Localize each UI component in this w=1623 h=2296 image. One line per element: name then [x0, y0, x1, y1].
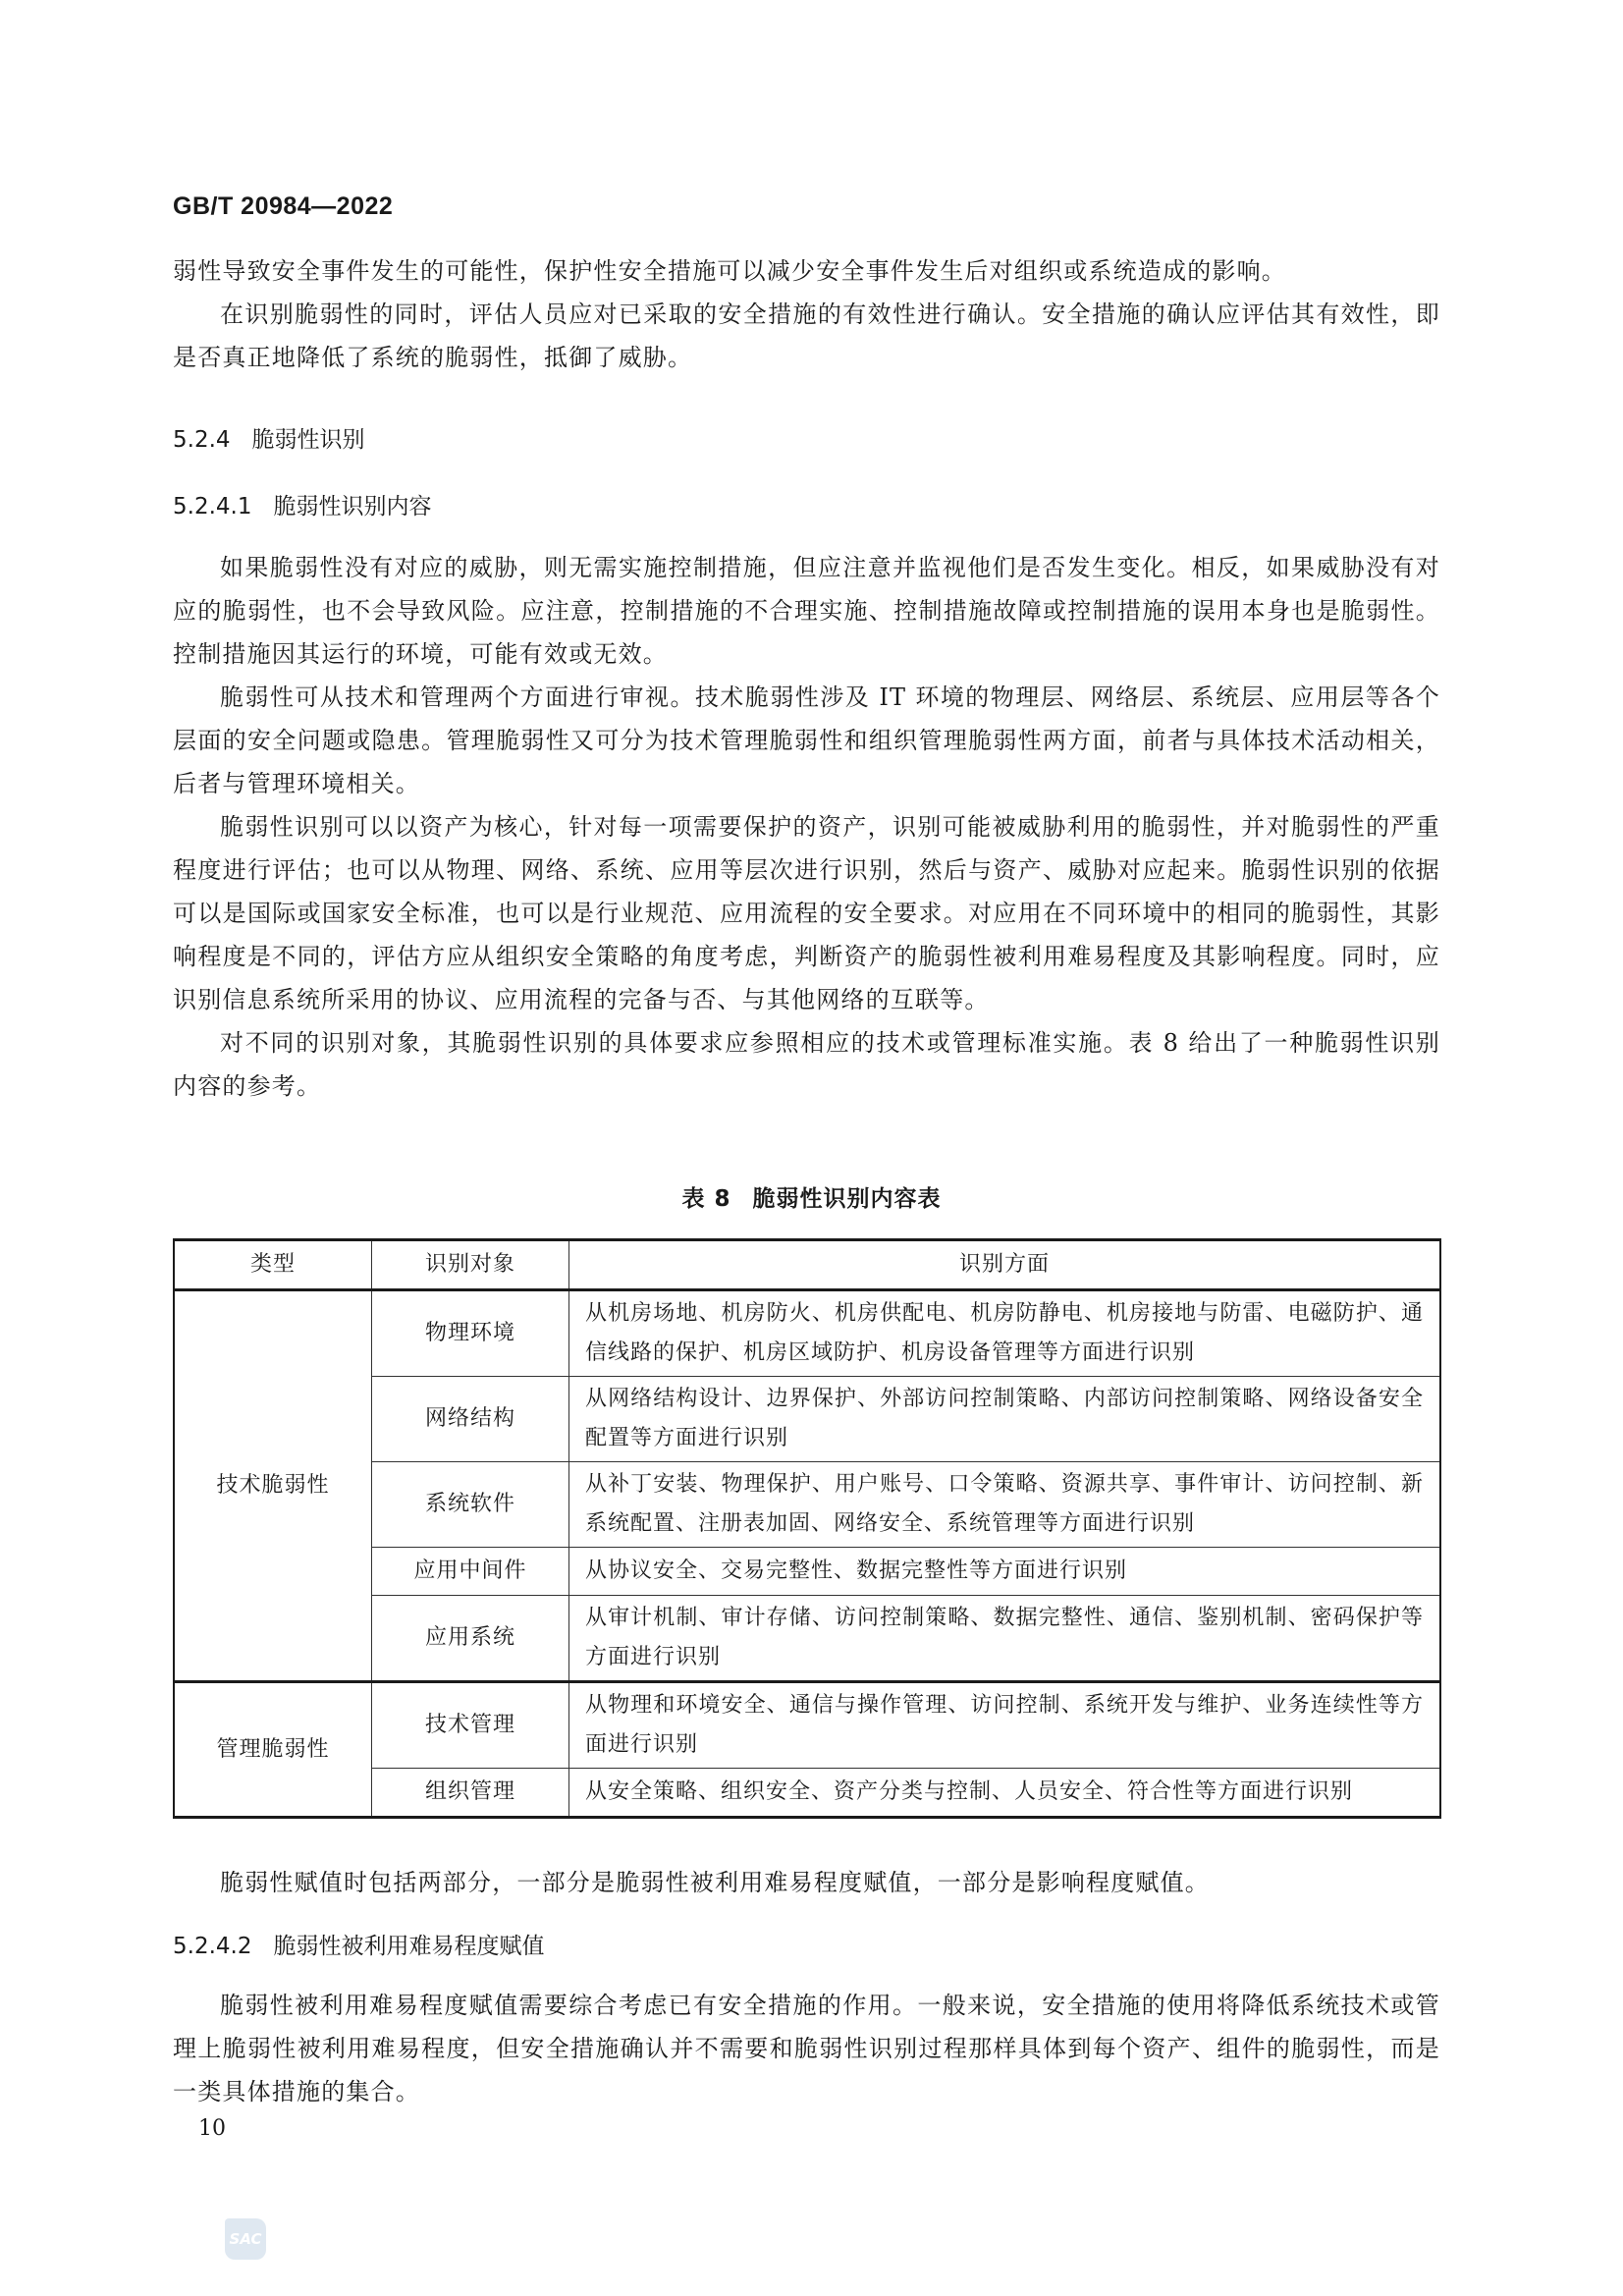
- aspect-cell: 从审计机制、审计存储、访问控制策略、数据完整性、通信、鉴别机制、密码保护等方面进…: [569, 1596, 1441, 1682]
- object-cell: 物理环境: [372, 1290, 569, 1377]
- object-cell: 技术管理: [372, 1682, 569, 1769]
- section-heading-5-2-4-2: 5.2.4.2脆弱性被利用难易程度赋值: [173, 1928, 544, 1960]
- vulnerability-identification-table: 类型 识别对象 识别方面 技术脆弱性 物理环境 从机房场地、机房防火、机房供配电…: [173, 1238, 1441, 1819]
- header-object: 识别对象: [372, 1240, 569, 1290]
- section-5-2-4-2-body: 脆弱性被利用难易程度赋值需要综合考虑已有安全措施的作用。一般来说，安全措施的使用…: [173, 1984, 1440, 2113]
- intro-paragraph-2: 在识别脆弱性的同时，评估人员应对已采取的安全措施的有效性进行确认。安全措施的确认…: [173, 293, 1440, 379]
- aspect-cell: 从机房场地、机房防火、机房供配电、机房防静电、机房接地与防雷、电磁防护、通信线路…: [569, 1290, 1441, 1377]
- after-table-block: 脆弱性赋值时包括两部分，一部分是脆弱性被利用难易程度赋值，一部分是影响程度赋值。: [173, 1861, 1440, 1904]
- intro-paragraph-1: 弱性导致安全事件发生的可能性，保护性安全措施可以减少安全事件发生后对组织或系统造…: [173, 249, 1440, 293]
- section-title: 脆弱性识别: [252, 427, 365, 453]
- section-heading-5-2-4-1: 5.2.4.1脆弱性识别内容: [173, 488, 431, 520]
- aspect-cell: 从补丁安装、物理保护、用户账号、口令策略、资源共享、事件审计、访问控制、新系统配…: [569, 1462, 1441, 1548]
- section-number: 5.2.4.1: [173, 494, 251, 519]
- section-number: 5.2.4.2: [173, 1934, 251, 1959]
- object-cell: 组织管理: [372, 1769, 569, 1818]
- aspect-cell: 从物理和环境安全、通信与操作管理、访问控制、系统开发与维护、业务连续性等方面进行…: [569, 1682, 1441, 1769]
- section-heading-5-2-4: 5.2.4脆弱性识别: [173, 421, 365, 454]
- table-title: 脆弱性识别内容表: [753, 1186, 942, 1212]
- paragraph: 脆弱性被利用难易程度赋值需要综合考虑已有安全措施的作用。一般来说，安全措施的使用…: [173, 1984, 1440, 2113]
- object-cell: 应用系统: [372, 1596, 569, 1682]
- sac-logo-icon: SAC: [225, 2218, 266, 2260]
- paragraph: 脆弱性识别可以以资产为核心，针对每一项需要保护的资产，识别可能被威胁利用的脆弱性…: [173, 805, 1440, 1021]
- paragraph: 对不同的识别对象，其脆弱性识别的具体要求应参照相应的技术或管理标准实施。表 8 …: [173, 1021, 1440, 1108]
- object-cell: 系统软件: [372, 1462, 569, 1548]
- paragraph: 脆弱性可从技术和管理两个方面进行审视。技术脆弱性涉及 IT 环境的物理层、网络层…: [173, 676, 1440, 805]
- table-number: 表 8: [681, 1186, 730, 1212]
- document-page: GB/T 20984—2022 弱性导致安全事件发生的可能性，保护性安全措施可以…: [0, 0, 1623, 2296]
- table-header-row: 类型 识别对象 识别方面: [174, 1240, 1440, 1290]
- aspect-cell: 从安全策略、组织安全、资产分类与控制、人员安全、符合性等方面进行识别: [569, 1769, 1441, 1818]
- page-number: 10: [198, 2116, 226, 2141]
- aspect-cell: 从协议安全、交易完整性、数据完整性等方面进行识别: [569, 1548, 1441, 1596]
- paragraph: 脆弱性赋值时包括两部分，一部分是脆弱性被利用难易程度赋值，一部分是影响程度赋值。: [173, 1861, 1440, 1904]
- section-5-2-4-1-body: 如果脆弱性没有对应的威胁，则无需实施控制措施，但应注意并监视他们是否发生变化。相…: [173, 546, 1440, 1108]
- object-cell: 应用中间件: [372, 1548, 569, 1596]
- section-number: 5.2.4: [173, 427, 231, 453]
- header-type: 类型: [174, 1240, 372, 1290]
- type-cell: 管理脆弱性: [174, 1682, 372, 1818]
- header-aspect: 识别方面: [569, 1240, 1441, 1290]
- paragraph: 如果脆弱性没有对应的威胁，则无需实施控制措施，但应注意并监视他们是否发生变化。相…: [173, 546, 1440, 676]
- table-caption: 表 8脆弱性识别内容表: [0, 1180, 1623, 1213]
- table-row: 技术脆弱性 物理环境 从机房场地、机房防火、机房供配电、机房防静电、机房接地与防…: [174, 1290, 1440, 1377]
- type-cell: 技术脆弱性: [174, 1290, 372, 1682]
- table-row: 管理脆弱性 技术管理 从物理和环境安全、通信与操作管理、访问控制、系统开发与维护…: [174, 1682, 1440, 1769]
- aspect-cell: 从网络结构设计、边界保护、外部访问控制策略、内部访问控制策略、网络设备安全配置等…: [569, 1377, 1441, 1462]
- section-title: 脆弱性被利用难易程度赋值: [273, 1934, 544, 1959]
- section-title: 脆弱性识别内容: [273, 494, 431, 519]
- standard-code: GB/T 20984—2022: [173, 192, 393, 221]
- intro-block: 弱性导致安全事件发生的可能性，保护性安全措施可以减少安全事件发生后对组织或系统造…: [173, 249, 1440, 379]
- object-cell: 网络结构: [372, 1377, 569, 1462]
